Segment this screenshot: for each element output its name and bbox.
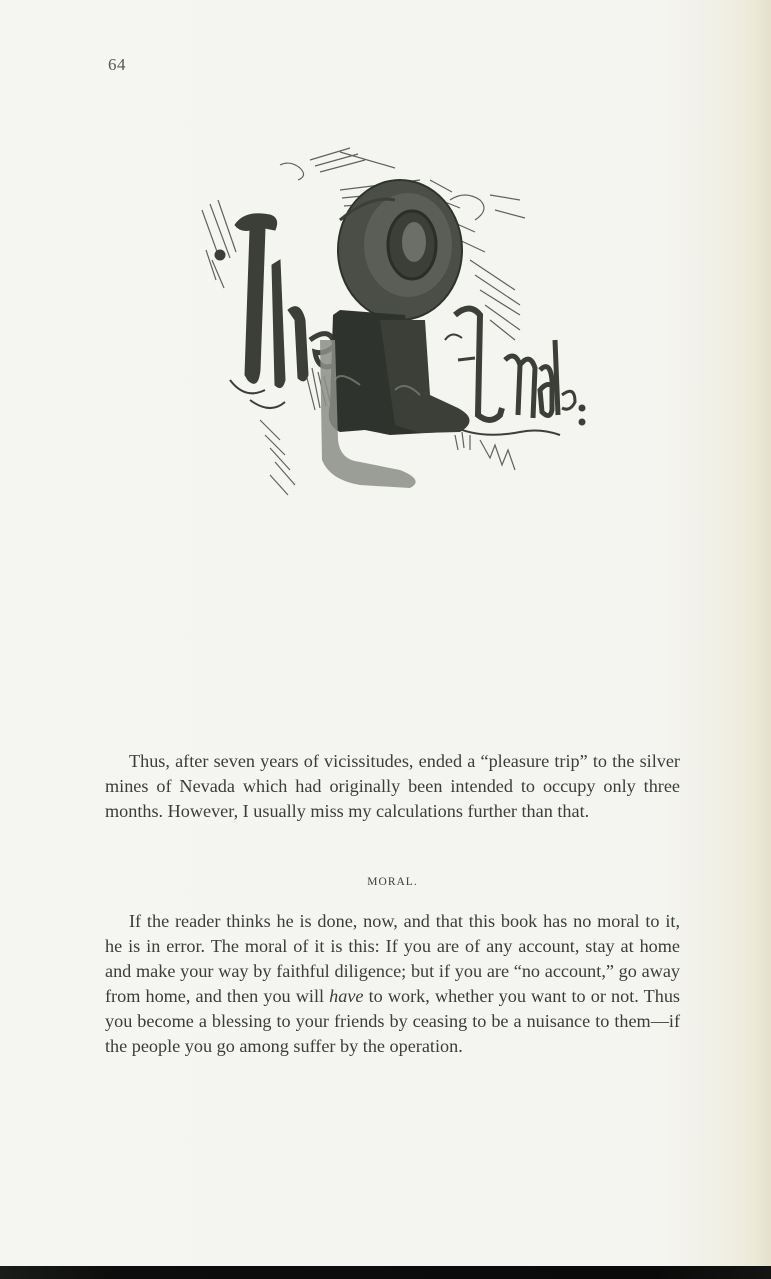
- boots-drawing: [329, 310, 470, 435]
- scan-bottom-edge: [0, 1266, 771, 1279]
- page-number: 64: [108, 55, 126, 75]
- hat-drawing: [338, 180, 462, 320]
- moral-emphasis: have: [329, 986, 363, 1006]
- book-page: 64: [0, 0, 771, 1266]
- moral-heading: MORAL.: [105, 876, 680, 888]
- moral-paragraph: If the reader thinks he is done, now, an…: [105, 909, 680, 1059]
- closing-paragraph-text: Thus, after seven years of vicissitudes,…: [105, 749, 680, 824]
- closing-paragraph: Thus, after seven years of vicissitudes,…: [105, 749, 680, 824]
- moral-paragraph-text: If the reader thinks he is done, now, an…: [105, 909, 680, 1059]
- the-end-illustration: [190, 140, 600, 510]
